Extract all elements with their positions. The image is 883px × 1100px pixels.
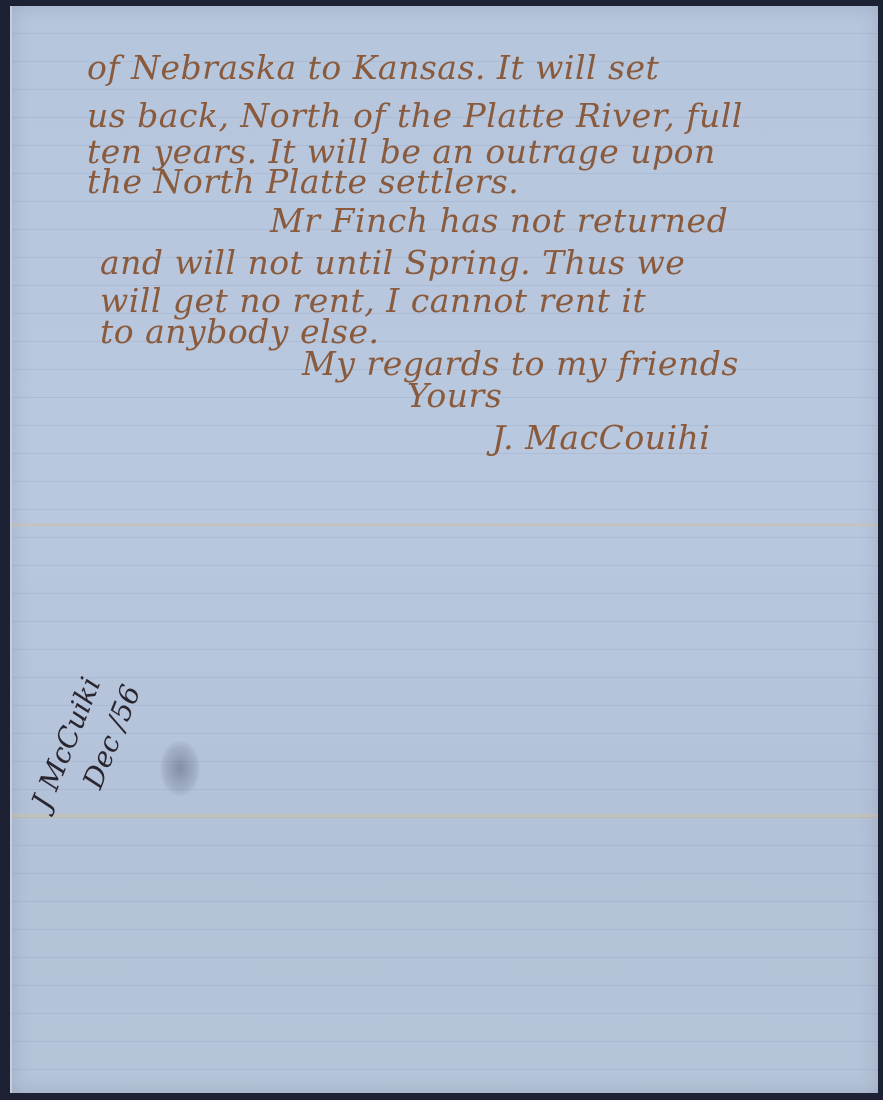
letter-body: of Nebraska to Kansas. It will set us ba… bbox=[12, 6, 878, 1093]
body-line-1: of Nebraska to Kansas. It will set bbox=[87, 48, 659, 87]
body-line-6: and will not until Spring. Thus we bbox=[100, 243, 685, 282]
body-line-4: the North Platte settlers. bbox=[87, 162, 519, 201]
letter-page: of Nebraska to Kansas. It will set us ba… bbox=[10, 6, 878, 1093]
body-line-5: Mr Finch has not returned bbox=[270, 201, 728, 240]
body-line-2: us back, North of the Platte River, full bbox=[87, 96, 743, 135]
closing-valediction: Yours bbox=[407, 376, 502, 415]
signature: J. MacCouihi bbox=[492, 418, 710, 457]
closing-regards: My regards to my friends bbox=[302, 344, 739, 383]
